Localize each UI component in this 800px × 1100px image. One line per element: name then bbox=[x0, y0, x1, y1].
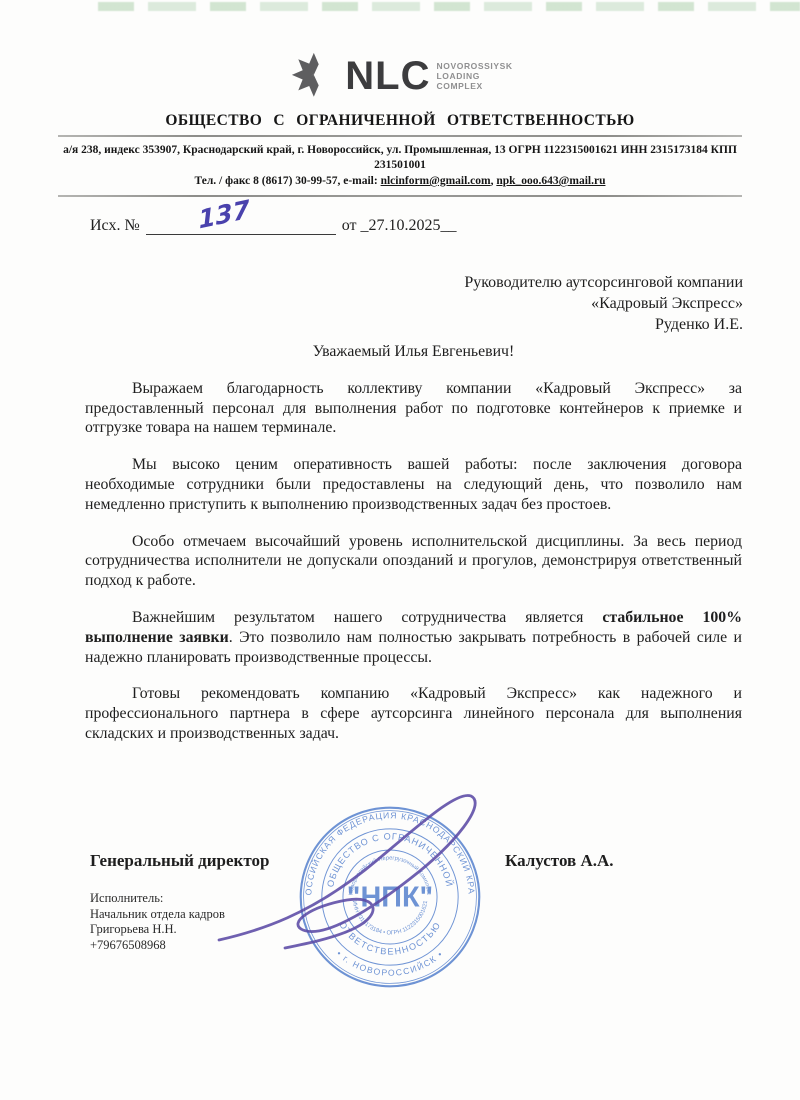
address-line-1: а/я 238, индекс 353907, Краснодарский кр… bbox=[58, 143, 742, 158]
leaf-logo-icon bbox=[287, 46, 339, 107]
ref-label: Исх. № bbox=[90, 217, 140, 234]
salutation: Уважаемый Илья Евгеньевич! bbox=[85, 342, 742, 362]
logo-word-2: LOADING bbox=[437, 71, 513, 81]
letter-body: Уважаемый Илья Евгеньевич! Выражаем благ… bbox=[85, 342, 742, 761]
executor-label: Исполнитель: bbox=[90, 891, 225, 907]
logo-wordmark: NOVOROSSIYSK LOADING COMPLEX bbox=[437, 61, 513, 91]
email-link-1[interactable]: nlcinform@gmail.com bbox=[381, 175, 491, 187]
recipient-line-2: «Кадровый Экспресс» bbox=[464, 293, 743, 314]
contacts-line: Тел. / факс 8 (8617) 30-99-57, e-mail: n… bbox=[58, 174, 742, 189]
outgoing-ref-line: Исх. № 137 от _27.10.2025__ bbox=[90, 216, 457, 235]
paragraph-4-prefix: Важнейшим результатом нашего сотрудничес… bbox=[132, 609, 602, 626]
address-block: а/я 238, индекс 353907, Краснодарский кр… bbox=[58, 143, 742, 172]
handwritten-signature bbox=[213, 780, 505, 965]
executor-phone: +79676508968 bbox=[90, 938, 225, 954]
signatory-name: Калустов А.А. bbox=[505, 851, 614, 871]
scanner-artifact-marks bbox=[98, 2, 800, 11]
email-link-2[interactable]: npk_ooo.643@mail.ru bbox=[496, 175, 605, 187]
scanned-letter-page: NLC NOVOROSSIYSK LOADING COMPLEX ОБЩЕСТВ… bbox=[0, 0, 800, 1100]
ref-number-handwritten: 137 bbox=[197, 194, 250, 234]
body-paragraph-4: Важнейшим результатом нашего сотрудничес… bbox=[85, 608, 742, 667]
executor-name: Григорьева Н.Н. bbox=[90, 922, 225, 938]
header-divider-top bbox=[58, 135, 742, 137]
recipient-line-3: Руденко И.Е. bbox=[464, 314, 743, 335]
ref-date: от _27.10.2025__ bbox=[342, 217, 457, 234]
body-paragraph-3: Особо отмечаем высочайший уровень исполн… bbox=[85, 532, 742, 591]
letterhead: NLC NOVOROSSIYSK LOADING COMPLEX ОБЩЕСТВ… bbox=[58, 48, 742, 197]
recipient-block: Руководителю аутсорсинговой компании «Ка… bbox=[464, 272, 743, 335]
logo-abbreviation: NLC bbox=[345, 56, 430, 96]
logo-word-3: COMPLEX bbox=[437, 81, 513, 91]
header-divider-bottom bbox=[58, 195, 742, 197]
contacts-prefix: Тел. / факс 8 (8617) 30-99-57, e-mail: bbox=[195, 175, 381, 187]
company-logo: NLC NOVOROSSIYSK LOADING COMPLEX bbox=[58, 48, 742, 104]
recipient-line-1: Руководителю аутсорсинговой компании bbox=[464, 272, 743, 293]
executor-position: Начальник отдела кадров bbox=[90, 907, 225, 923]
logo-word-1: NOVOROSSIYSK bbox=[437, 61, 513, 71]
company-type-heading: ОБЩЕСТВО С ОГРАНИЧЕННОЙ ОТВЕТСТВЕННОСТЬЮ bbox=[58, 112, 742, 130]
address-line-2: 231501001 bbox=[58, 158, 742, 173]
executor-block: Исполнитель: Начальник отдела кадров Гри… bbox=[90, 891, 225, 953]
body-paragraph-2: Мы высоко ценим оперативность вашей рабо… bbox=[85, 455, 742, 514]
body-paragraph-1: Выражаем благодарность коллективу компан… bbox=[85, 379, 742, 438]
ref-number-underline: 137 bbox=[146, 216, 336, 235]
body-paragraph-5: Готовы рекомендовать компанию «Кадровый … bbox=[85, 684, 742, 743]
